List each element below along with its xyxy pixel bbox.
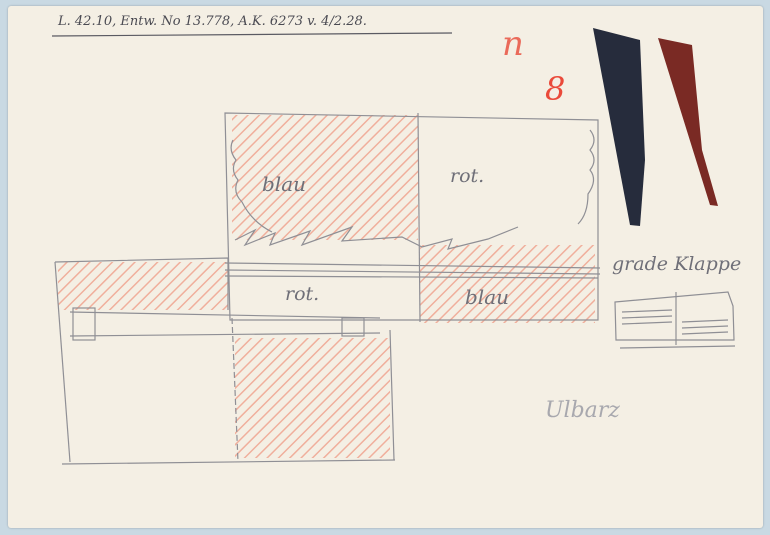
burgundy-fabric-swatch xyxy=(658,38,718,206)
label-blau-bottom: blau xyxy=(465,285,509,309)
navy-fabric-swatch xyxy=(593,28,645,226)
red-mark-n: n xyxy=(502,24,524,64)
header-annotation: L. 42.10, Entw. No 13.778, A.K. 6273 v. … xyxy=(58,14,367,29)
label-rot-top: rot. xyxy=(450,165,484,187)
side-note-grade-klappe: grade Klappe xyxy=(612,253,741,275)
signature: Ulbarz xyxy=(545,398,620,423)
label-blau-top: blau xyxy=(262,172,306,196)
red-mark-8: 8 xyxy=(545,70,565,108)
label-rot-bottom: rot. xyxy=(285,283,319,305)
